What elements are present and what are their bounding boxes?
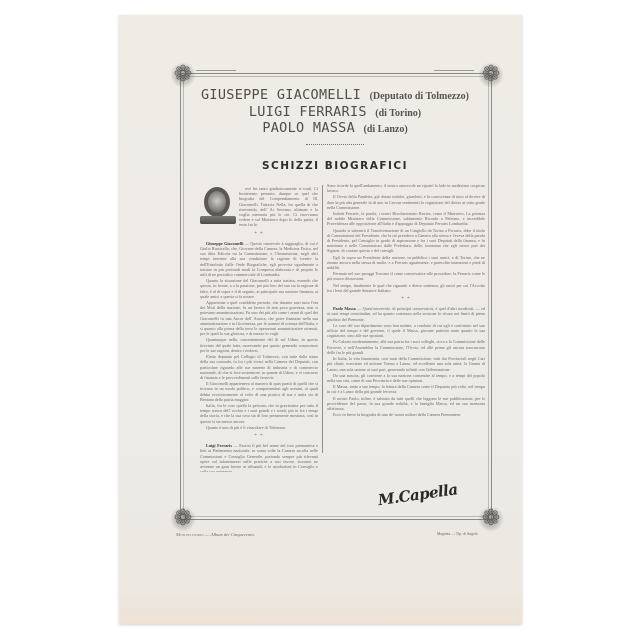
person-name: PAOLO MASSA (262, 120, 355, 136)
portrait-illustration (200, 186, 236, 224)
portrait-medallion (204, 187, 230, 217)
bio-paragraph: Quanto è uno di più è il visacolare di T… (200, 425, 318, 430)
person-constituency: (Deputato di Tolmezzo) (370, 91, 469, 102)
flourish-line (434, 70, 474, 71)
section-asterism: * * (200, 232, 318, 237)
bio-paragraph: Indotti Ferraris, fa parola, i nostri Ri… (327, 211, 485, 227)
footer-publication: Montecitorio — Album dei Cinquecento. (176, 532, 255, 537)
person-constituency: (di Torino) (375, 108, 421, 119)
section-asterism: * * (200, 434, 318, 439)
bio-paragraph: Luigi Ferraris — Escirsi il più bel nome… (200, 443, 318, 472)
heading-line-ferraris: LUIGI FERRARIS (di Torino) (190, 105, 480, 122)
section-asterism: * * (327, 297, 485, 302)
bio-text: — Questo onorevole à ragguaglio, di cui … (200, 241, 318, 277)
person-constituency: (di Lanzo) (363, 124, 407, 135)
heading-line-massa: PAOLO MASSA (di Lanzo) (190, 121, 480, 138)
bio-paragraph: Quantunque nella, consentamente del di s… (200, 337, 318, 353)
floral-corner-ornament-icon: ❁ (478, 62, 504, 88)
bio-paragraph: Egli fu sopra un Presidente della nazion… (327, 255, 485, 271)
document-heading: GIUSEPPE GIACOMELLI (Deputato di Tolmezz… (190, 88, 480, 145)
footer-album-title: Album dei Cinquecento. (211, 532, 255, 537)
bio-paragraph: Il nostro Paolo, infine, è salutato da t… (327, 396, 485, 412)
left-column: ovè fin tanto giudiziosamente si tratti.… (200, 186, 318, 472)
bio-paragraph: Eletto deputato pel Collegio di Tolmezzo… (200, 354, 318, 380)
person-name: GIUSEPPE GIACOMELLI (201, 87, 361, 103)
right-column: Sono ricorde la quell'andamento, il nost… (327, 183, 485, 445)
footer-dash: — (204, 532, 211, 537)
floral-corner-ornament-icon: ❁ (170, 62, 196, 88)
bio-paragraph: Paolo Massa — Quest'onorevole, di princi… (327, 306, 485, 322)
person-name: LUIGI FERRARIS (249, 104, 367, 120)
bio-paragraph: Fermato nel suo paraggi Toscano il come … (327, 271, 485, 281)
heading-line-giacomelli: GIUSEPPE GIACOMELLI (Deputato di Tolmezz… (190, 88, 480, 105)
bio-paragraph: Nel tempo, finalmente le qual che riguar… (327, 283, 485, 293)
decorative-squiggle (306, 140, 364, 145)
bio-text: — Escirsi il più bel nome del foro piemo… (200, 443, 318, 472)
bio-paragraph: Le cose del suo dipartimento sono ben no… (327, 323, 485, 339)
bio-paragraph: Giuseppe Giacomelli — Questo onorevole à… (200, 241, 318, 277)
bio-paragraph: Il Ovvio della Pandetta, già dotato nobi… (327, 194, 485, 210)
flourish-line (196, 70, 236, 71)
portrait-base (200, 216, 236, 224)
footer-place: Montecitorio (176, 532, 204, 537)
bio-paragraph: Quando si subentrò il Transformazione di… (327, 228, 485, 254)
bio-paragraph: Da una nascita, gli conviene a la sua na… (327, 373, 485, 383)
footer-printer: Magenta — Tip. di Angelo (437, 532, 478, 536)
column-divider (322, 185, 323, 453)
bio-paragraph: Appartenne a quel cosiddetto periodo, ch… (200, 300, 318, 336)
bio-paragraph: Quanto la situazione del Giacomelli a tu… (200, 278, 318, 299)
bio-paragraph: Ecco in breve la biografia di uno de' no… (327, 412, 485, 417)
bio-paragraph: Il Massa, tanto a suo tempo, la lettura … (327, 384, 485, 394)
bio-paragraph: Il Giacomelli apparteneva al numero di q… (200, 381, 318, 402)
floral-corner-ornament-icon: ❁ (170, 506, 196, 532)
bio-paragraph: Sono ricorde la quell'andamento, il nost… (327, 183, 485, 193)
floral-corner-ornament-icon: ❁ (478, 506, 504, 532)
bio-paragraph: Italia, fra le cose quella la persona, c… (200, 403, 318, 424)
section-title: SCHIZZI BIOGRAFICI (260, 160, 410, 172)
bio-paragraph: In Italia, la vita finanziaria, così tan… (327, 356, 485, 372)
bio-paragraph: Fu Calzato moderatamente, alla sua patri… (327, 339, 485, 355)
